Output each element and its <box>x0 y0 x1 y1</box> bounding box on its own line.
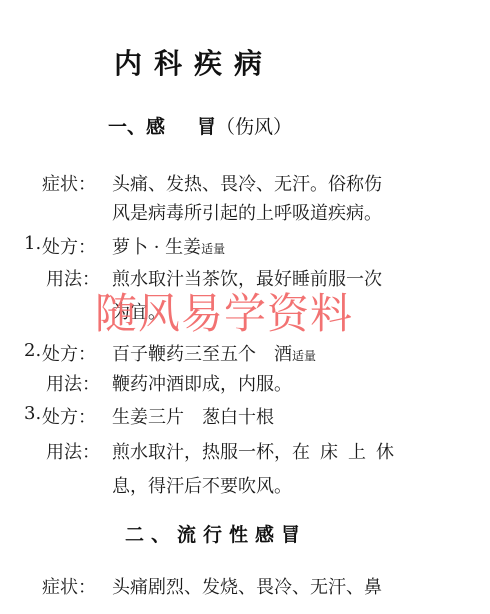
section-title-paren: （伤风） <box>216 116 292 138</box>
usage-text-line1: 煎水取汁，热服一杯，在床上休 <box>112 438 404 464</box>
usage-label: 用法： <box>46 370 100 396</box>
watermark-overlay: 随风易学资料 <box>95 281 353 341</box>
prescription-label: 处方： <box>42 233 96 259</box>
symptoms-text-line2: 风是病毒所引起的上呼吸道疾病。 <box>112 199 382 225</box>
document-page: 内科疾病 一、感冒（伤风） 症状： 头痛、发热、畏冷、无汗。俗称伤 风是病毒所引… <box>0 0 490 614</box>
page-title: 内科疾病 <box>114 42 274 82</box>
symptoms-text-line1: 头痛、发热、畏冷、无汗。俗称伤 <box>112 170 382 196</box>
section-heading-influenza: 二、流行性感冒 <box>125 520 307 547</box>
section-number: 一、 <box>108 116 146 138</box>
usage-label: 用法： <box>46 438 100 464</box>
prescription-ingredients: 萝卜 · 生姜适量 <box>112 233 225 259</box>
usage-text-line2: 息，得汗后不要吹风。 <box>112 472 292 498</box>
prescription-label: 处方： <box>42 340 96 366</box>
section-heading-common-cold: 一、感冒（伤风） <box>108 112 292 139</box>
section-title-part-b: 冒 <box>197 116 216 138</box>
usage-label: 用法： <box>46 265 100 291</box>
symptoms-text-line1: 头痛剧烈、发烧、畏冷、无汗、鼻 <box>112 573 382 599</box>
section-title-part-a: 感 <box>146 116 165 138</box>
prescription-number: 2. <box>24 340 41 361</box>
usage-text-line1: 鞭药冲酒即成，内服。 <box>112 370 292 396</box>
prescription-ingredients: 百子鞭药三至五个 酒适量 <box>112 340 316 366</box>
prescription-ingredients: 生姜三片 葱白十根 <box>112 403 274 429</box>
prescription-number: 1. <box>24 233 41 254</box>
prescription-number: 3. <box>24 403 41 424</box>
symptoms-label: 症状： <box>42 170 96 196</box>
prescription-label: 处方： <box>42 403 96 429</box>
symptoms-label: 症状： <box>42 573 96 599</box>
